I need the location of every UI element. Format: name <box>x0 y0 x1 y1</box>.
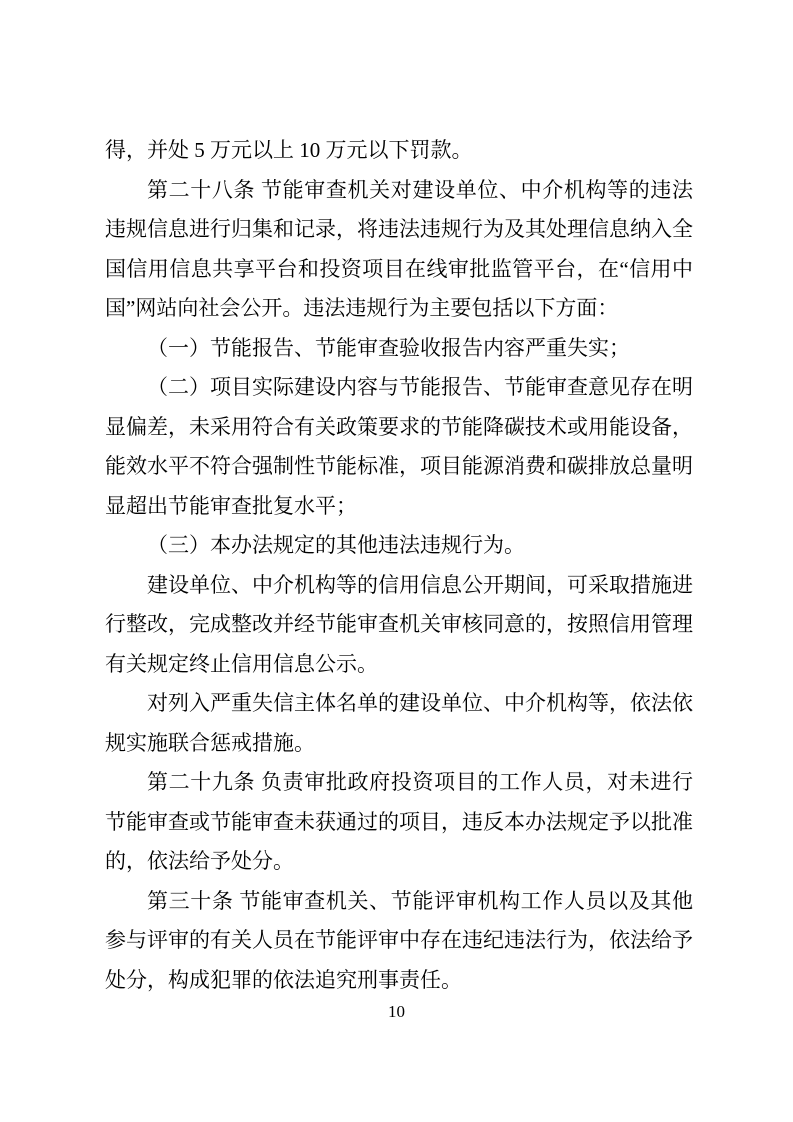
paragraph-article-30: 第三十条 节能审查机关、节能评审机构工作人员以及其他参与评审的有关人员在节能评审… <box>105 882 693 1001</box>
paragraph-continuation: 得，并处 5 万元以上 10 万元以下罚款。 <box>105 131 693 171</box>
page-number: 10 <box>0 1002 793 1022</box>
paragraph-item-1: （一）节能报告、节能审查验收报告内容严重失实； <box>105 329 693 369</box>
paragraph-article-29: 第二十九条 负责审批政府投资项目的工作人员，对未进行节能审查或节能审查未获通过的… <box>105 763 693 882</box>
document-page: 得，并处 5 万元以上 10 万元以下罚款。 第二十八条 节能审查机关对建设单位… <box>0 0 793 1122</box>
paragraph-item-3: （三）本办法规定的其他违法违规行为。 <box>105 526 693 566</box>
paragraph-credit-rectification: 建设单位、中介机构等的信用信息公开期间，可采取措施进行整改，完成整改并经节能审查… <box>105 566 693 685</box>
document-body: 得，并处 5 万元以上 10 万元以下罚款。 第二十八条 节能审查机关对建设单位… <box>105 131 693 1000</box>
paragraph-joint-punishment: 对列入严重失信主体名单的建设单位、中介机构等，依法依规实施联合惩戒措施。 <box>105 684 693 763</box>
paragraph-item-2: （二）项目实际建设内容与节能报告、节能审查意见存在明显偏差，未采用符合有关政策要… <box>105 368 693 526</box>
paragraph-article-28: 第二十八条 节能审查机关对建设单位、中介机构等的违法违规信息进行归集和记录，将违… <box>105 171 693 329</box>
